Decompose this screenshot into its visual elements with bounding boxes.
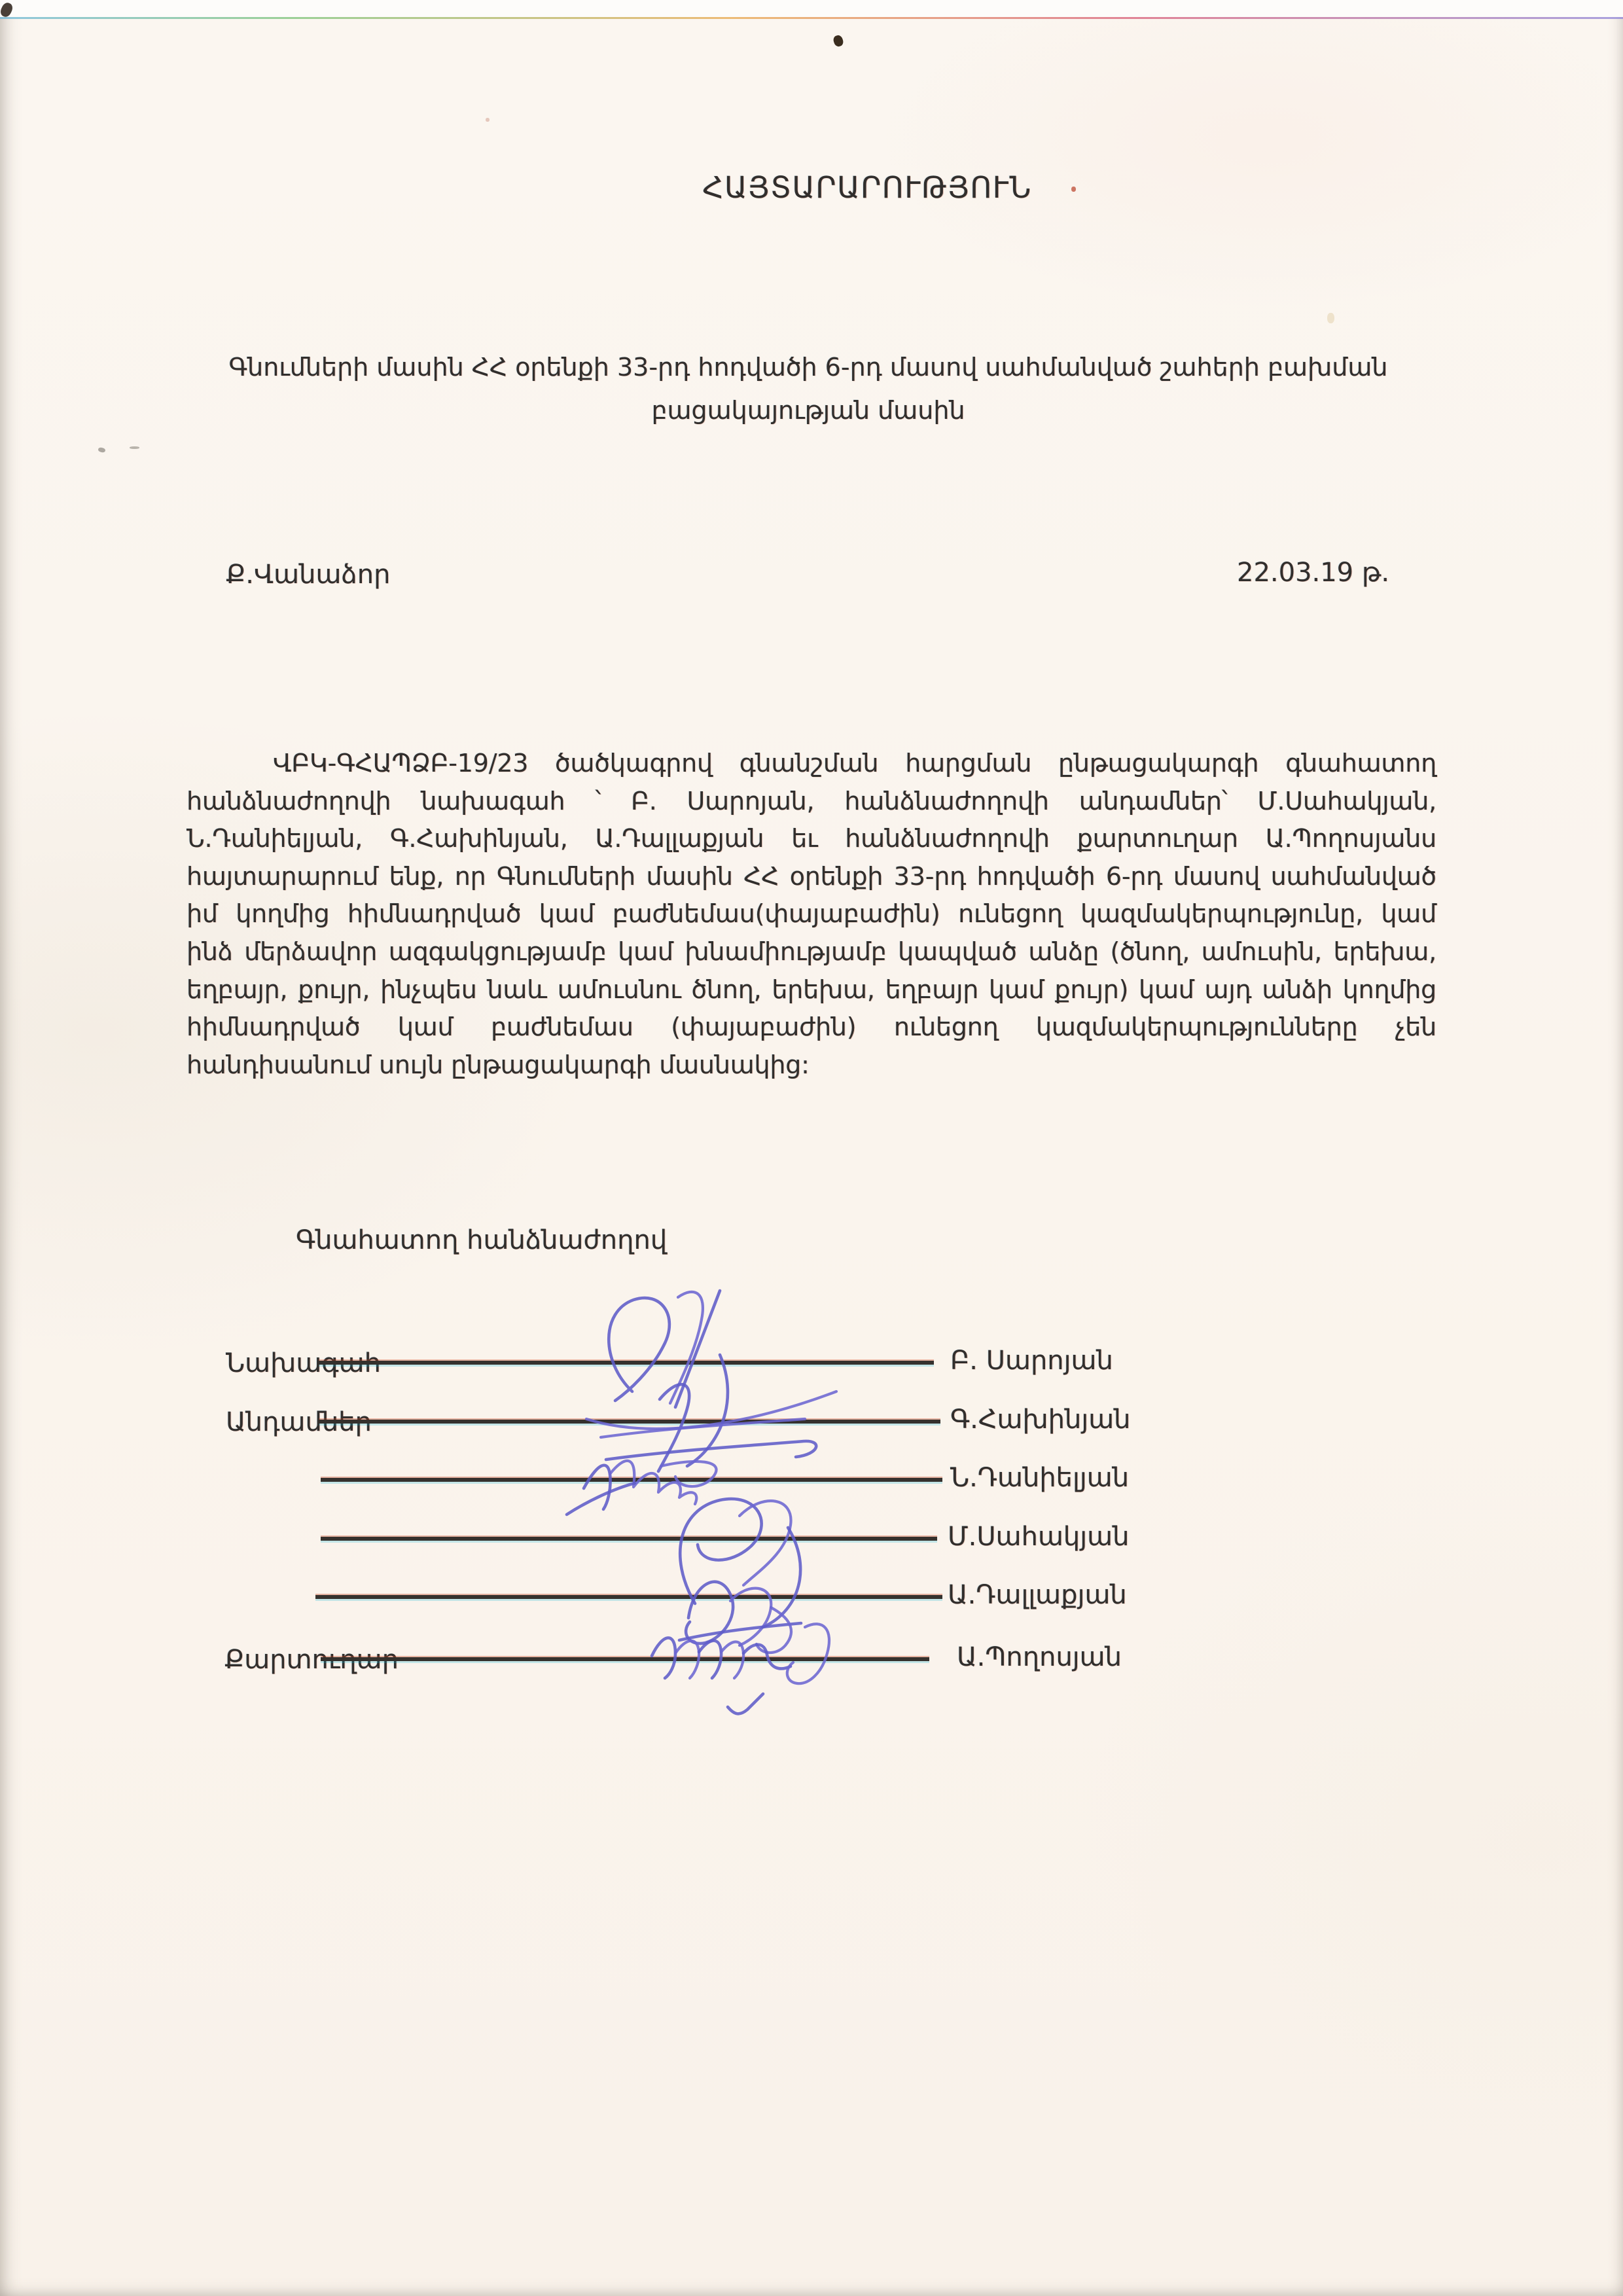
signatory-name: Ա.Դալլաքյան [948, 1580, 1127, 1610]
date-label: 22.03.19 թ. [1237, 558, 1389, 588]
document-subtitle: Գնումների մասին ՀՀ օրենքի 33-րդ հոդվածի … [183, 346, 1433, 432]
subtitle-line-2: բացակայության մասին [183, 389, 1433, 432]
signature-stroke-6 [652, 1624, 829, 1713]
scan-artifact-speck [832, 34, 845, 47]
declaration-line: հայտարարում ենք, որ Գնումների մասին ՀՀ օ… [187, 858, 1436, 896]
declaration-line: հանդիսանում սույն ընթացակարգի մասնակից: [187, 1047, 1436, 1085]
declaration-line: հանձնաժողովի նախագահ ՝ Բ. Սարոյան, հանձն… [187, 783, 1436, 821]
signatory-name: Ա.Պողոսյան [957, 1642, 1122, 1672]
scan-artifact-speck [130, 446, 139, 449]
handwritten-signatures-overlay [524, 1263, 916, 1734]
signatory-name: Գ.Հախինյան [950, 1405, 1131, 1435]
document-title: ՀԱՅՏԱՐԱՐՈՒԹՅՈՒՆ [111, 170, 1623, 205]
place-label: Ք.Վանաձոր [226, 560, 390, 590]
scan-artifact-speck [486, 118, 490, 122]
declaration-line: ՎԲԿ-ԳՀԱՊՁԲ-19/23 ծածկագրով գնանշման հարց… [187, 745, 1436, 783]
signature-stroke-1 [586, 1291, 836, 1466]
scan-artifact-speck [98, 447, 105, 453]
committee-heading: Գնահատող հանձնաժողով [296, 1225, 667, 1255]
scanned-document-page: ՀԱՅՏԱՐԱՐՈՒԹՅՈՒՆ Գնումների մասին ՀՀ օրենք… [0, 0, 1623, 2296]
declaration-paragraph: ՎԲԿ-ԳՀԱՊՁԲ-19/23 ծածկագրով գնանշման հարց… [187, 745, 1436, 1084]
scan-artifact-speck [1327, 313, 1334, 323]
signatory-name: Մ.Սահակյան [948, 1522, 1129, 1552]
declaration-line: հիմնադրված կամ բաժնեմաս (փայաբաժին) ունե… [187, 1009, 1436, 1047]
signature-stroke-3 [567, 1461, 696, 1515]
declaration-line: Ն.Դանիելյան, Գ.Հախինյան, Ա.Դալլաքյան եւ … [187, 820, 1436, 858]
declaration-line: եղբայր, քույր, ինչպես նաև ամուսնու ծնող,… [187, 971, 1436, 1009]
declaration-line: ինձ մերձավոր ազգակցությամբ կամ խնամիությ… [187, 933, 1436, 971]
scanner-top-strip [0, 0, 1623, 17]
signature-stroke-4 [680, 1499, 800, 1627]
signatory-name: Բ. Սարոյան [950, 1346, 1113, 1376]
declaration-line: իմ կողմից հիմնադրված կամ բաժնեմաս(փայաբա… [187, 895, 1436, 933]
signatory-name: Ն.Դանիելյան [950, 1463, 1129, 1493]
scan-artifact-speck [1071, 187, 1076, 192]
subtitle-line-1: Գնումների մասին ՀՀ օրենքի 33-րդ հոդվածի … [183, 346, 1433, 389]
scanner-edge-line [0, 17, 1623, 19]
